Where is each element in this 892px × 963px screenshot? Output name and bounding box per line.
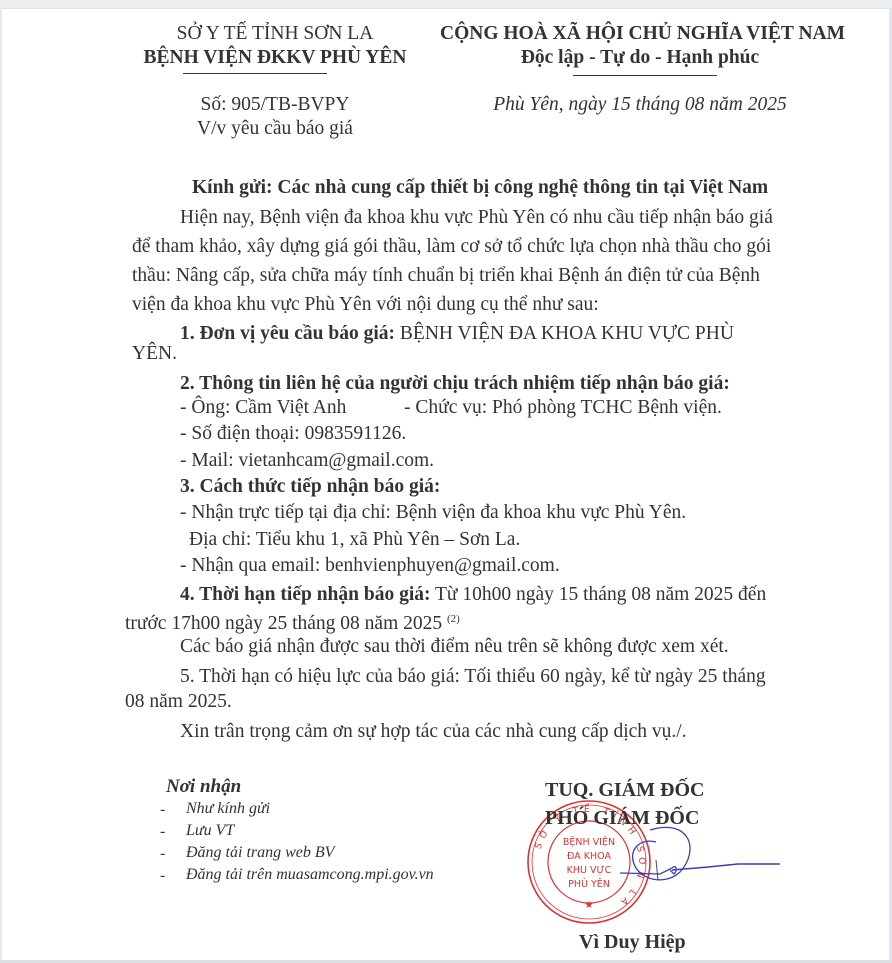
receive-direct: - Nhận trực tiếp tại địa chỉ: Bệnh viện … [180,501,686,525]
receive-email: - Nhận qua email: benhvienphuyen@gmail.c… [180,554,560,578]
section-4-value: Từ 10h00 ngày 15 tháng 08 năm 2025 đến [430,584,766,605]
document-number: Số: 905/TB-BVPY [100,93,450,117]
signer-name: Vì Duy Hiệp [579,930,686,954]
section-4-line: 4. Thời hạn tiếp nhận báo giá: Từ 10h00 … [180,583,766,607]
section-4-continuation: trước 17h00 ngày 25 tháng 08 năm 2025 (2… [125,607,460,636]
recipient-item: Đăng tải trên muasamcong.mpi.gov.vn [186,865,434,885]
section-5-continuation: 08 năm 2025. [125,690,232,714]
section-1-value: BỆNH VIỆN ĐA KHOA KHU VỰC PHÙ [395,323,734,344]
contact-position: - Chức vụ: Phó phòng TCHC Bệnh viện. [404,396,722,420]
salutation: Kính gửi: Các nhà cung cấp thiết bị công… [192,176,768,200]
section-4-note: Các báo giá nhận được sau thời điểm nêu … [180,635,729,659]
viewer-top-edge [0,0,892,9]
intro-line: thầu: Nâng cấp, sửa chữa máy tính chuẩn … [132,264,760,288]
contact-mail: - Mail: vietanhcam@gmail.com. [180,449,434,473]
place-date: Phù Yên, ngày 15 tháng 08 năm 2025 [440,93,840,117]
national-motto: Độc lập - Tự do - Hạnh phúc [440,46,840,70]
intro-line: viện đa khoa khu vực Phù Yên với nội dun… [132,293,599,317]
receive-address: Địa chỉ: Tiểu khu 1, xã Phù Yên – Sơn La… [189,528,520,552]
contact-person: - Ông: Cầm Việt Anh [180,396,346,420]
section-5-line: 5. Thời hạn có hiệu lực của báo giá: Tối… [180,665,766,689]
handwritten-signature-icon [620,820,780,900]
footnote-marker: (2) [447,613,460,625]
nation-title: CỘNG HOÀ XÃ HỘI CHỦ NGHĨA VIỆT NAM [440,22,840,46]
hospital-name: BỆNH VIỆN ĐKKV PHÙ YÊN [100,46,450,70]
section-4-label: 4. Thời hạn tiếp nhận báo giá: [180,584,430,605]
department-name: SỞ Y TẾ TỈNH SƠN LA [100,22,450,46]
bullet-dash: - [160,822,165,842]
svg-text:★: ★ [585,900,594,911]
section-1-label: 1. Đơn vị yêu cầu báo giá: [180,323,395,344]
signature-on-behalf: TUQ. GIÁM ĐỐC [545,778,704,802]
recipient-item: Đăng tải trang web BV [186,843,334,863]
section-4-deadline: trước 17h00 ngày 25 tháng 08 năm 2025 [125,613,447,634]
page-left-edge [0,8,2,960]
stamp-line: BỆNH VIỆN [563,836,615,848]
contact-phone: - Số điện thoại: 0983591126. [180,422,406,446]
closing-line: Xin trân trọng cảm ơn sự hợp tác của các… [180,720,687,744]
stamp-line: PHÙ YÊN [568,878,610,890]
recipient-item: Như kính gửi [186,799,270,819]
header-right-underline [573,75,717,76]
header-left-underline [183,73,327,74]
stamp-line: KHU VỰC [567,865,612,876]
recipients-title: Nơi nhận [166,775,241,799]
intro-line: để tham khảo, xây dựng giá gói thầu, làm… [132,235,771,259]
bullet-dash: - [160,866,165,886]
section-1-line: 1. Đơn vị yêu cầu báo giá: BỆNH VIỆN ĐA … [180,322,734,346]
bullet-dash: - [160,800,165,820]
document-subject: V/v yêu cầu báo giá [100,117,450,141]
intro-line: Hiện nay, Bệnh viện đa khoa khu vực Phù … [180,206,773,230]
bullet-dash: - [160,844,165,864]
section-1-continuation: YÊN. [132,342,177,366]
section-3-label: 3. Cách thức tiếp nhận báo giá: [180,475,440,499]
recipient-item: Lưu VT [186,821,234,841]
section-2-label: 2. Thông tin liên hệ của người chịu trác… [180,372,730,396]
stamp-line: ĐA KHOA [567,851,611,862]
